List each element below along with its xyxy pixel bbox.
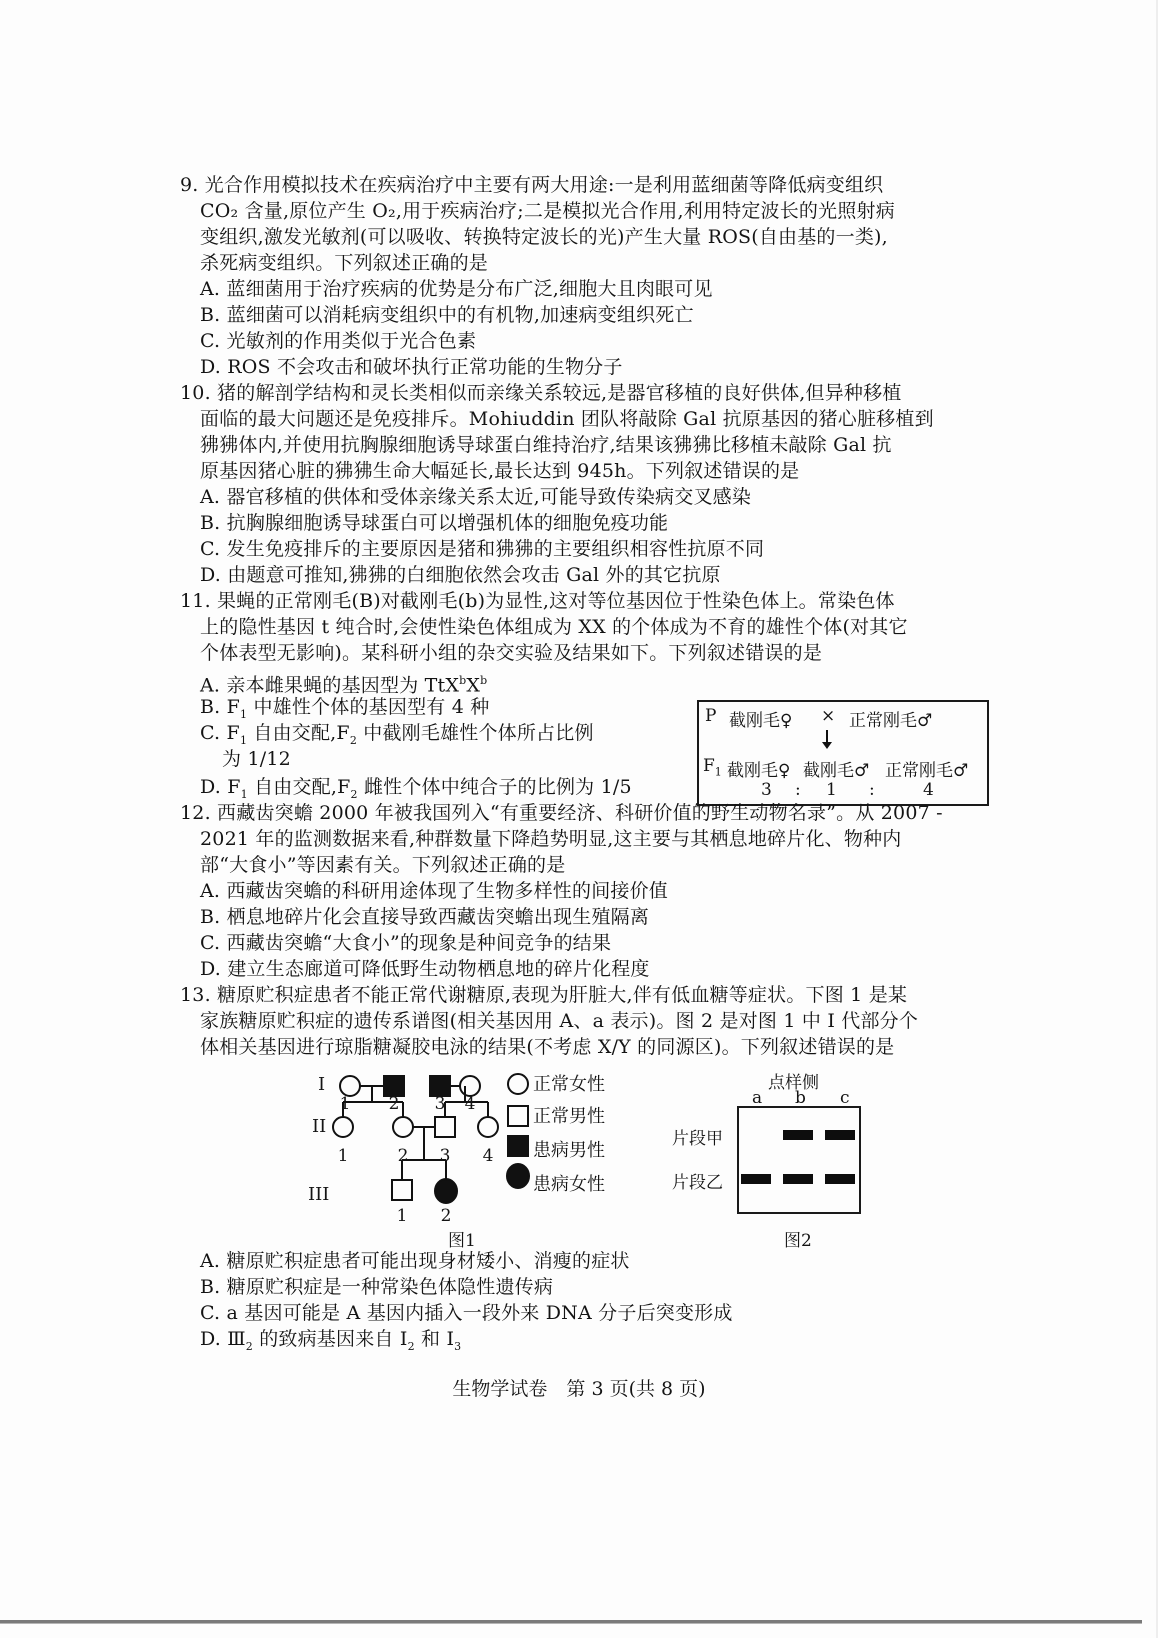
affected-female-icon <box>507 1164 529 1188</box>
q12-stem-line-1: 12. 西藏齿突蟾 2000 年被我国列入“有重要经济、科研价值的野生动物名录”… <box>180 800 943 826</box>
i4-normal-female-icon <box>460 1076 480 1096</box>
q9-stem-line-1: 9. 光合作用模拟技术在疾病治疗中主要有两大用途:一是利用蓝细菌等降低病变组织 <box>180 172 883 198</box>
band-c-yi <box>825 1174 855 1184</box>
p-generation-label: P <box>705 706 716 726</box>
q10-option-b: B. 抗胸腺细胞诱导球蛋白可以增强机体的细胞免疫功能 <box>200 510 668 536</box>
cross-symbol: × <box>821 706 835 726</box>
individual-number: 3 <box>432 1094 448 1114</box>
legend-normal-male: 正常男性 <box>533 1102 605 1128</box>
legend-affected-male: 患病男性 <box>533 1136 605 1162</box>
ratio-value: 4 <box>923 780 934 800</box>
q10-option-d: D. 由题意可推知,狒狒的白细胞依然会攻击 Gal 外的其它抗原 <box>200 562 721 588</box>
q11-option-c-cont: 为 1/12 <box>222 746 291 772</box>
q9-stem-line-3: 变组织,激发光敏剂(可以吸收、转换特定波长的光)产生大量 ROS(自由基的一类)… <box>200 224 888 250</box>
affected-male-icon <box>508 1136 528 1156</box>
f1-male-phenotype-b: 正常刚毛♂ <box>885 756 968 781</box>
f1-female-phenotype: 截刚毛♀ <box>727 756 790 781</box>
q13-stem-line-2: 家族糖原贮积症的遗传系谱图(相关基因用 A、a 表示)。图 2 是对图 1 中 … <box>200 1008 918 1034</box>
q13-option-a: A. 糖原贮积症患者可能出现身材矮小、消瘦的症状 <box>200 1248 630 1274</box>
individual-number: 1 <box>337 1094 353 1114</box>
generation-label-ii: II <box>312 1116 326 1137</box>
q9-stem-line-4: 杀死病变组织。下列叙述正确的是 <box>200 250 488 276</box>
lane-label-b: b <box>795 1088 806 1108</box>
iii2-affected-female-icon <box>435 1179 457 1203</box>
ii1-normal-female-icon <box>333 1117 353 1137</box>
q10-option-c: C. 发生免疫排斥的主要原因是猪和狒狒的主要组织相容性抗原不同 <box>200 536 764 562</box>
q13-option-b: B. 糖原贮积症是一种常染色体隐性遗传病 <box>200 1274 553 1300</box>
exam-page: 9. 光合作用模拟技术在疾病治疗中主要有两大用途:一是利用蓝细菌等降低病变组织 … <box>0 0 1158 1638</box>
band-c-jia <box>825 1130 855 1140</box>
ratio-value: 1 <box>826 780 837 800</box>
individual-number: 2 <box>438 1206 454 1226</box>
q9-option-c: C. 光敏剂的作用类似于光合色素 <box>200 328 476 354</box>
fragment-yi-label: 片段乙 <box>672 1168 723 1193</box>
gel-box <box>737 1106 861 1214</box>
q13-option-c: C. a 基因可能是 A 基因内插入一段外来 DNA 分子后突变形成 <box>200 1300 733 1326</box>
band-b-jia <box>783 1130 813 1140</box>
q11-stem-line-3: 个体表型无影响)。某科研小组的杂交实验及结果如下。下列叙述错误的是 <box>200 640 822 666</box>
q13-stem-line-1: 13. 糖原贮积症患者不能正常代谢糖原,表现为肝脏大,伴有低血糖等症状。下图 1… <box>180 982 907 1008</box>
bottom-divider <box>0 1620 1142 1624</box>
q10-stem-line-1: 10. 猪的解剖学结构和灵长类相似而亲缘关系较远,是器官移植的良好供体,但异种移… <box>180 380 902 406</box>
q11-stem-line-1: 11. 果蝇的正常刚毛(B)对截刚毛(b)为显性,这对等位基因位于性染色体上。常… <box>180 588 895 614</box>
q9-option-b: B. 蓝细菌可以消耗病变组织中的有机物,加速病变组织死亡 <box>200 302 694 328</box>
individual-number: 2 <box>386 1094 402 1114</box>
i2-affected-male-icon <box>384 1076 404 1096</box>
p-female-phenotype: 截刚毛♀ <box>729 706 792 731</box>
q12-option-b: B. 栖息地碎片化会直接导致西藏齿突蟾出现生殖隔离 <box>200 904 649 930</box>
ii4-normal-female-icon <box>478 1117 498 1137</box>
q12-option-a: A. 西藏齿突蟾的科研用途体现了生物多样性的间接价值 <box>200 878 668 904</box>
cross-experiment-box: P 截刚毛♀ × 正常刚毛♂ F1 截刚毛♀ 截刚毛♂ 正常刚毛♂ 3 : 1 … <box>697 700 989 806</box>
pedigree-legend-symbols <box>506 1072 532 1192</box>
individual-number: 1 <box>335 1146 351 1166</box>
f1-male-phenotype-a: 截刚毛♂ <box>803 756 869 781</box>
generation-label-i: I <box>318 1074 325 1095</box>
normal-female-icon <box>508 1074 528 1094</box>
lane-label-a: a <box>752 1088 762 1108</box>
q12-stem-line-3: 部“大食小”等因素有关。下列叙述正确的是 <box>200 852 565 878</box>
ratio-value: 3 <box>761 780 772 800</box>
q10-stem-line-3: 狒狒体内,并使用抗胸腺细胞诱导球蛋白维持治疗,结果该狒狒比移植未敲除 Gal 抗 <box>200 432 892 458</box>
individual-number: 4 <box>462 1094 478 1114</box>
q9-option-d: D. ROS 不会攻击和破坏执行正常功能的生物分子 <box>200 354 623 380</box>
individual-number: 2 <box>395 1146 411 1166</box>
q10-stem-line-4: 原基因猪心脏的狒狒生命大幅延长,最长达到 945h。下列叙述错误的是 <box>200 458 799 484</box>
individual-number: 1 <box>394 1206 410 1226</box>
q10-option-a: A. 器官移植的供体和受体亲缘关系太近,可能导致传染病交叉感染 <box>200 484 751 510</box>
band-a-yi <box>741 1174 771 1184</box>
page-footer: 生物学试卷 第 3 页(共 8 页) <box>0 1374 1158 1401</box>
i1-normal-female-icon <box>340 1076 360 1096</box>
figure-2-caption: 图2 <box>784 1226 812 1251</box>
normal-male-icon <box>508 1106 528 1126</box>
ii3-normal-male-icon <box>435 1117 455 1137</box>
individual-number: 4 <box>480 1146 496 1166</box>
iii1-normal-male-icon <box>392 1180 412 1200</box>
q13-option-d: D. Ⅲ2 的致病基因来自 Ⅰ2 和 Ⅰ3 <box>200 1326 461 1360</box>
q12-option-c: C. 西藏齿突蟾“大食小”的现象是种间竞争的结果 <box>200 930 611 956</box>
fragment-jia-label: 片段甲 <box>672 1124 723 1149</box>
q13-stem-line-3: 体相关基因进行琼脂糖凝胶电泳的结果(不考虑 X/Y 的同源区)。下列叙述错误的是 <box>200 1034 894 1060</box>
band-b-yi <box>783 1174 813 1184</box>
q10-stem-line-2: 面临的最大问题还是免疫排斥。Mohiuddin 团队将敲除 Gal 抗原基因的猪… <box>200 406 934 432</box>
ratio-separator: : <box>795 780 801 800</box>
individual-number: 3 <box>437 1146 453 1166</box>
q12-stem-line-2: 2021 年的监测数据来看,种群数量下降趋势明显,这主要与其栖息地碎片化、物种内 <box>200 826 901 852</box>
legend-affected-female: 患病女性 <box>533 1170 605 1196</box>
q9-stem-line-2: CO₂ 含量,原位产生 O₂,用于疾病治疗;二是模拟光合作用,利用特定波长的光照… <box>200 198 895 224</box>
ii2-normal-female-icon <box>393 1117 413 1137</box>
f1-generation-label: F1 <box>703 756 722 778</box>
i3-affected-male-icon <box>430 1076 450 1096</box>
q9-option-a: A. 蓝细菌用于治疗疾病的优势是分布广泛,细胞大且肉眼可见 <box>200 276 713 302</box>
p-male-phenotype: 正常刚毛♂ <box>849 706 932 731</box>
gel-header: 点样侧 <box>768 1068 819 1093</box>
lane-label-c: c <box>840 1088 850 1108</box>
q11-stem-line-2: 上的隐性基因 t 纯合时,会使性染色体组成为 XX 的个体成为不育的雄性个体(对… <box>200 614 908 640</box>
q12-option-d: D. 建立生态廊道可降低野生动物栖息地的碎片化程度 <box>200 956 650 982</box>
generation-label-iii: III <box>308 1184 329 1205</box>
ratio-separator: : <box>869 780 875 800</box>
legend-normal-female: 正常女性 <box>533 1070 605 1096</box>
down-arrow-icon <box>826 730 828 744</box>
